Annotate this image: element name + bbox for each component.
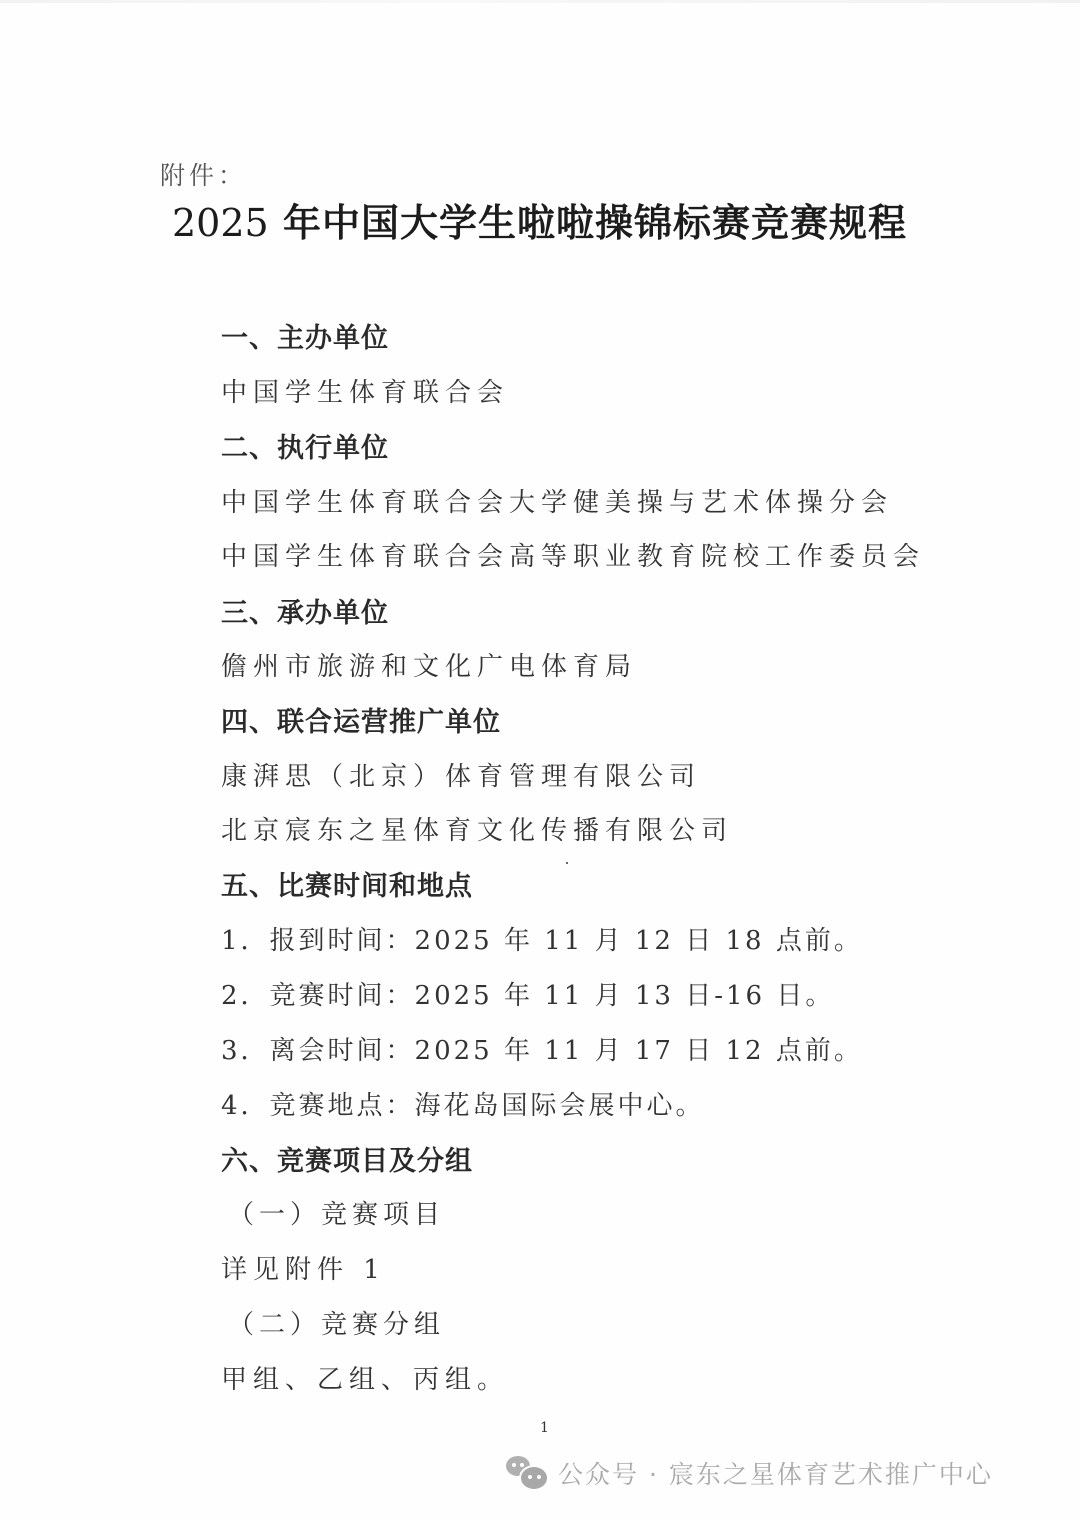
- attachment-label: 附件：: [160, 156, 247, 192]
- section-line: 3．离会时间：2025 年 11 月 17 日 12 点前。: [221, 1030, 863, 1067]
- watermark: 公众号 · 宸东之星体育艺术推广中心: [506, 1455, 993, 1491]
- section-heading-promoter: 四、联合运营推广单位: [221, 700, 501, 739]
- section-heading-time-place: 五、比赛时间和地点: [221, 864, 473, 903]
- section-line: 康湃思（北京）体育管理有限公司: [221, 756, 701, 793]
- section-heading-organizer: 一、主办单位: [221, 316, 389, 355]
- section-line: 中国学生体育联合会大学健美操与艺术体操分会: [221, 482, 893, 519]
- section-heading-host: 三、承办单位: [221, 591, 389, 630]
- section-line: 北京宸东之星体育文化传播有限公司: [221, 810, 733, 847]
- section-line: 中国学生体育联合会: [221, 372, 509, 409]
- scan-edge: [0, 0, 1080, 3]
- section-line: 1．报到时间：2025 年 11 月 12 日 18 点前。: [221, 920, 863, 957]
- section-line: 中国学生体育联合会高等职业教育院校工作委员会: [221, 536, 925, 573]
- section-line: 甲组、乙组、丙组。: [221, 1359, 509, 1396]
- document-title: 2025 年中国大学生啦啦操锦标赛竞赛规程: [172, 192, 907, 247]
- section-line: 儋州市旅游和文化广电体育局: [221, 646, 637, 683]
- wechat-icon: [506, 1456, 548, 1490]
- page-number: 1: [540, 1420, 549, 1436]
- watermark-text: 公众号 · 宸东之星体育艺术推广中心: [558, 1455, 993, 1491]
- section-line: 2．竞赛时间：2025 年 11 月 13 日-16 日。: [221, 975, 834, 1012]
- title-text: 年中国大学生啦啦操锦标赛竞赛规程: [283, 200, 907, 245]
- section-line: 详见附件 1: [221, 1249, 386, 1286]
- subsection-heading-groups: （二）竞赛分组: [228, 1304, 445, 1341]
- title-year: 2025: [172, 201, 269, 245]
- subsection-heading-events: （一）竞赛项目: [228, 1194, 445, 1231]
- document-page: 附件： 2025 年中国大学生啦啦操锦标赛竞赛规程 一、主办单位 中国学生体育联…: [0, 0, 1080, 1520]
- section-line: 4．竞赛地点：海花岛国际会展中心。: [221, 1085, 705, 1122]
- section-heading-events-groups: 六、竞赛项目及分组: [221, 1139, 473, 1178]
- scan-artifact: [566, 862, 568, 864]
- section-heading-executor: 二、执行单位: [221, 426, 389, 465]
